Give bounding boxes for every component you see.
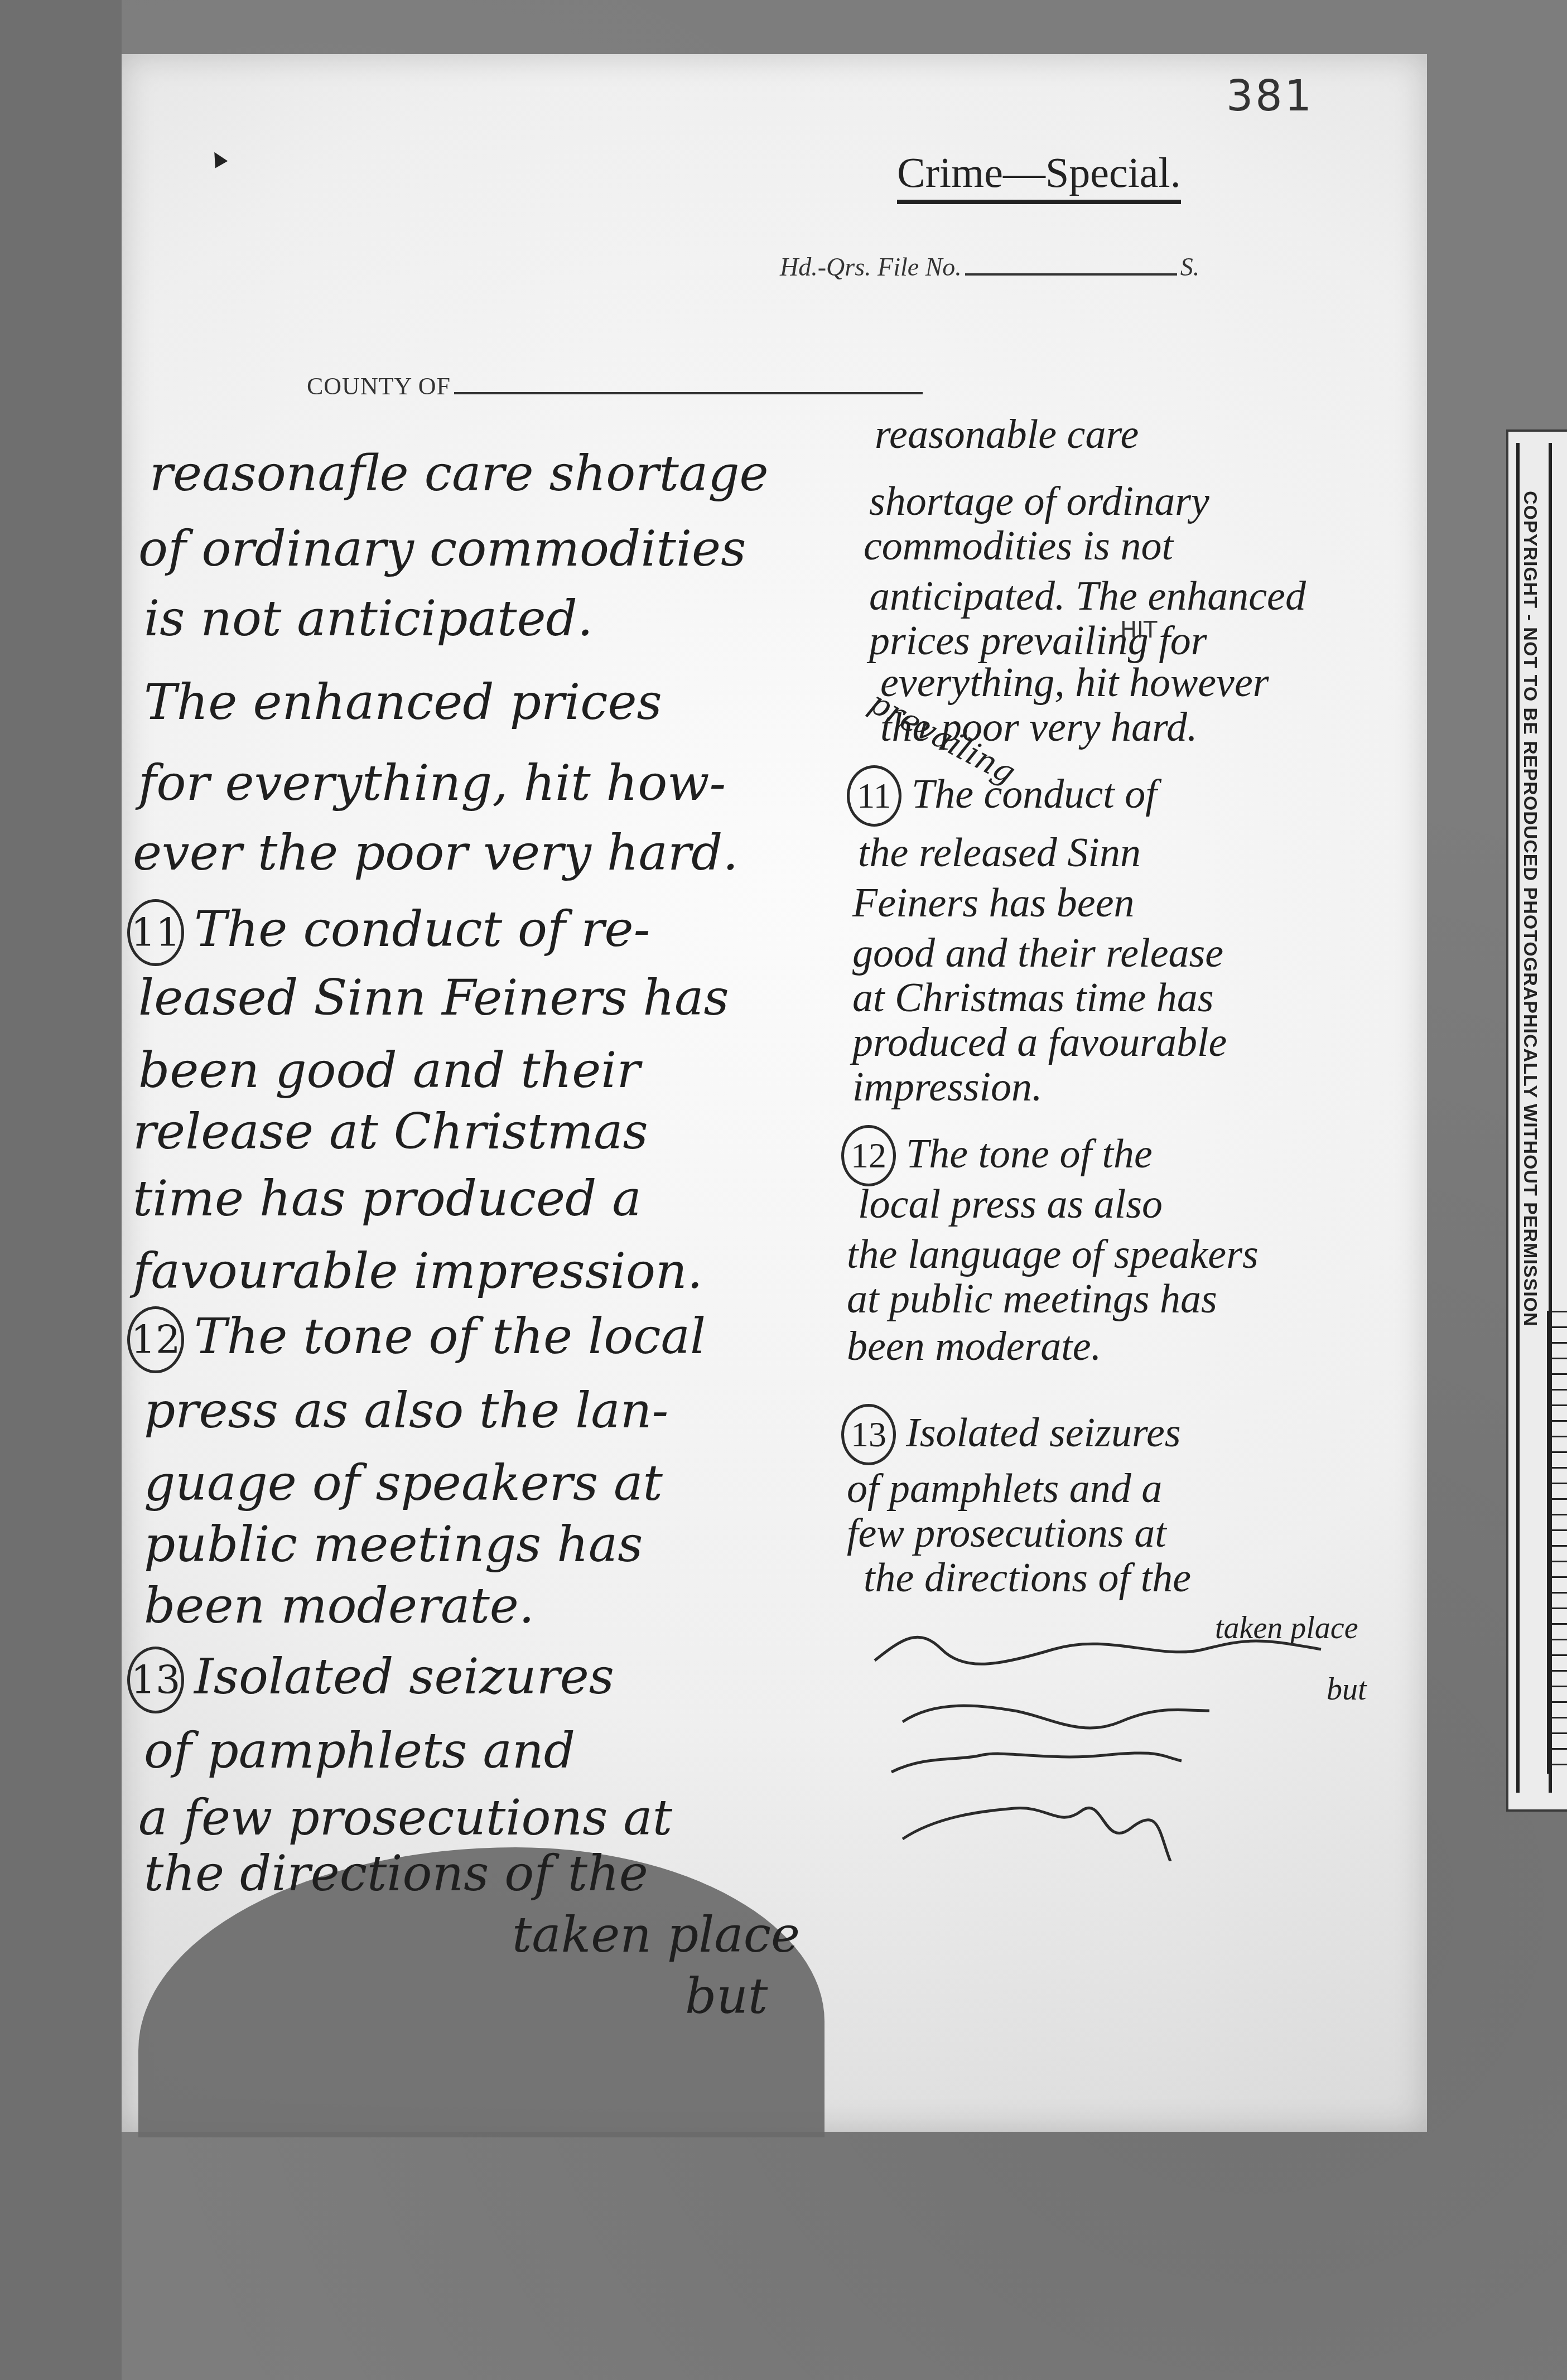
- scan-background: [0, 0, 122, 2380]
- left-line: 12The tone of the local: [127, 1306, 706, 1373]
- left-line: guage of speakers at: [144, 1454, 663, 1512]
- left-line: for everything, hit how-: [138, 754, 726, 812]
- right-line: at public meetings has: [847, 1276, 1217, 1323]
- right-line: everything, hit however: [880, 659, 1269, 707]
- right-line: been moderate.: [847, 1323, 1101, 1370]
- insertion-mark: HIT: [1120, 617, 1157, 643]
- county-label: COUNTY OF: [307, 373, 451, 400]
- left-line: 13Isolated seizures: [127, 1647, 614, 1713]
- right-line: 12The tone of the: [841, 1125, 1153, 1186]
- left-line: press as also the lan-: [144, 1382, 668, 1439]
- left-line: of pamphlets and: [144, 1722, 575, 1779]
- left-line: 11The conduct of re-: [127, 899, 650, 966]
- right-line: few prosecutions at: [847, 1510, 1166, 1557]
- left-line: The enhanced prices: [144, 673, 662, 731]
- left-line: a few prosecutions at: [138, 1789, 672, 1846]
- county-blank: [454, 392, 923, 394]
- page-number: 381: [1226, 71, 1314, 120]
- paragraph-number-12: 12: [841, 1125, 896, 1186]
- paragraph-number-11: 11: [847, 765, 901, 827]
- right-line: commodities is not: [864, 523, 1173, 570]
- right-line: the released Sinn: [858, 829, 1141, 877]
- file-number-blank: [965, 273, 1177, 276]
- document-page: ▲ 381 Crime—Special. Hd.-Qrs. File No.S.…: [122, 54, 1427, 2132]
- right-line: but: [1327, 1672, 1367, 1707]
- corner-mark-icon: ▲: [200, 139, 235, 176]
- paragraph-number-13: 13: [127, 1647, 184, 1713]
- file-number-field: Hd.-Qrs. File No.S.: [780, 252, 1199, 282]
- left-line: favourable impression.: [133, 1242, 703, 1300]
- left-line: public meetings has: [144, 1515, 643, 1573]
- paragraph-number-13: 13: [841, 1404, 896, 1465]
- right-line: good and their release: [852, 930, 1223, 977]
- deletion-squiggles: [869, 1627, 1327, 1861]
- right-line: 13Isolated seizures: [841, 1404, 1181, 1465]
- right-line: anticipated. The enhanced: [869, 573, 1306, 620]
- left-line: the directions of the: [144, 1845, 648, 1902]
- right-line: at Christmas time has: [852, 974, 1214, 1022]
- left-line: reasonafle care shortage: [150, 445, 769, 502]
- right-line: of pamphlets and a: [847, 1465, 1162, 1513]
- left-line: leased Sinn Feiners has: [138, 969, 729, 1026]
- file-number-suffix: S.: [1180, 253, 1200, 281]
- right-line: Feiners has been: [852, 880, 1135, 927]
- left-line: taken place: [512, 1906, 800, 1963]
- right-line: 11The conduct of: [847, 765, 1157, 827]
- file-number-label: Hd.-Qrs. File No.: [780, 253, 962, 281]
- right-line: shortage of ordinary: [869, 478, 1209, 525]
- right-line: the poor very hard.: [880, 704, 1198, 751]
- ruler-ticks: [1547, 1311, 1567, 1774]
- right-line: local press as also: [858, 1181, 1163, 1228]
- left-line: time has produced a: [133, 1170, 642, 1227]
- right-line: the directions of the: [864, 1555, 1191, 1602]
- left-line: been moderate.: [144, 1577, 534, 1634]
- left-line: been good and their: [138, 1041, 640, 1099]
- left-line: ever the poor very hard.: [133, 824, 738, 881]
- left-line: of ordinary commodities: [138, 520, 746, 577]
- left-line: is not anticipated.: [144, 590, 593, 647]
- right-line: the language of speakers: [847, 1231, 1259, 1278]
- right-line: reasonable care: [875, 411, 1139, 458]
- paragraph-number-11: 11: [127, 899, 184, 966]
- form-title: Crime—Special.: [897, 149, 1181, 204]
- right-line: impression.: [852, 1064, 1043, 1111]
- county-field: COUNTY OF: [307, 372, 923, 400]
- right-line: produced a favourable: [852, 1019, 1227, 1066]
- left-line: release at Christmas: [133, 1103, 648, 1160]
- paragraph-number-12: 12: [127, 1306, 184, 1373]
- left-line: but: [685, 1967, 768, 2025]
- copyright-notice: COPYRIGHT - NOT TO BE REPRODUCED PHOTOGR…: [1518, 491, 1541, 1484]
